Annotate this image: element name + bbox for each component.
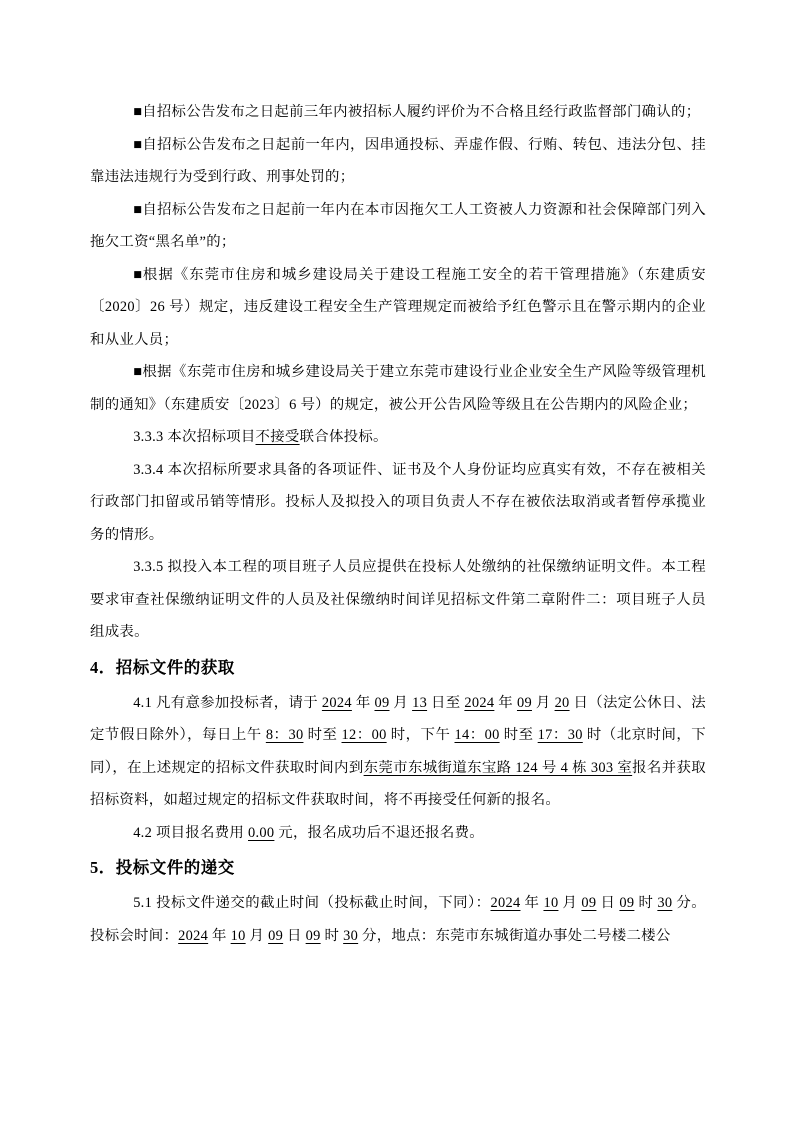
text-run: 日 [596, 895, 619, 911]
text-run: 3.3.3 本次招标项目 [133, 429, 255, 445]
text-run: 时，下午 [387, 727, 455, 743]
text-run: 4.2 项目报名费用 [133, 825, 248, 841]
paragraph: 3.3.5 拟投入本工程的项目班子人员应提供在投标人处缴纳的社保缴纳证明文件。本… [90, 551, 706, 649]
text-run: 5．投标文件的递交 [90, 858, 235, 877]
underlined-text: 不接受 [256, 429, 300, 445]
paragraph: ■自招标公告发布之日起前一年内在本市因拖欠工人工资被人力资源和社会保障部门列入拖… [90, 194, 706, 259]
text-run: 分，地点：东莞市东城街道办事处二号楼二楼公 [358, 928, 670, 944]
underlined-text: 2024 [322, 695, 352, 711]
text-run: 年 [520, 895, 543, 911]
text-run: 月 [389, 695, 412, 711]
underlined-text: 09 [619, 895, 634, 911]
paragraph: 3.3.3 本次招标项目不接受联合体投标。 [90, 421, 706, 454]
text-run: ■自招标公告发布之日起前三年内被招标人履约评价为不合格且经行政监督部门确认的； [133, 104, 700, 120]
underlined-text: 09 [306, 928, 321, 944]
document-body: ■自招标公告发布之日起前三年内被招标人履约评价为不合格且经行政监督部门确认的；■… [90, 96, 706, 952]
underlined-text: 2024 [178, 928, 208, 944]
underlined-text: 13 [412, 695, 427, 711]
text-run: ■自招标公告发布之日起前一年内在本市因拖欠工人工资被人力资源和社会保障部门列入拖… [90, 202, 706, 251]
text-run: ■根据《东莞市住房和城乡建设局关于建设工程施工安全的若干管理措施》（东建质安〔2… [90, 267, 706, 348]
text-run: 时至 [303, 727, 341, 743]
document-page: ■自招标公告发布之日起前三年内被招标人履约评价为不合格且经行政监督部门确认的；■… [0, 0, 794, 1123]
paragraph: ■自招标公告发布之日起前一年内，因串通投标、弄虚作假、行贿、转包、违法分包、挂靠… [90, 129, 706, 194]
text-run: 3.3.5 拟投入本工程的项目班子人员应提供在投标人处缴纳的社保缴纳证明文件。本… [90, 559, 706, 640]
paragraph: 4.2 项目报名费用 0.00 元，报名成功后不退还报名费。 [90, 817, 706, 850]
underlined-text: 09 [268, 928, 283, 944]
text-run: ■根据《东莞市住房和城乡建设局关于建立东莞市建设行业企业安全生产风险等级管理机制… [90, 364, 706, 413]
text-run: 月 [558, 895, 581, 911]
section-heading: 5．投标文件的递交 [90, 849, 706, 887]
text-run: 时至 [500, 727, 538, 743]
paragraph: ■自招标公告发布之日起前三年内被招标人履约评价为不合格且经行政监督部门确认的； [90, 96, 706, 129]
underlined-text: 0.00 [248, 825, 274, 841]
underlined-text: 2024 [491, 895, 521, 911]
text-run: 月 [532, 695, 555, 711]
text-run: 5.1 投标文件递交的截止时间（投标截止时间，下同）： [133, 895, 490, 911]
paragraph: 3.3.4 本次招标所要求具备的各项证件、证书及个人身份证均应真实有效，不存在被… [90, 454, 706, 552]
underlined-text: 09 [517, 695, 532, 711]
text-run: 3.3.4 本次招标所要求具备的各项证件、证书及个人身份证均应真实有效，不存在被… [90, 462, 706, 543]
underlined-text: 8：30 [266, 727, 304, 743]
underlined-text: 东莞市东城街道东宝路 124 号 4 栋 303 室 [364, 760, 633, 776]
section-heading: 4．招标文件的获取 [90, 649, 706, 687]
text-run: 时 [634, 895, 657, 911]
underlined-text: 17：30 [538, 727, 583, 743]
text-run: 联合体投标。 [300, 429, 388, 445]
underlined-text: 30 [343, 928, 358, 944]
underlined-text: 2024 [464, 695, 494, 711]
text-run: 日至 [427, 695, 464, 711]
text-run: 月 [246, 928, 269, 944]
text-run: 年 [352, 695, 375, 711]
underlined-text: 09 [374, 695, 389, 711]
paragraph: 4.1 凡有意参加投标者，请于 2024 年 09 月 13 日至 2024 年… [90, 687, 706, 817]
text-run: 时 [321, 928, 344, 944]
underlined-text: 12：00 [342, 727, 387, 743]
text-run: ■自招标公告发布之日起前一年内，因串通投标、弄虚作假、行贿、转包、违法分包、挂靠… [90, 137, 706, 186]
text-run: 4．招标文件的获取 [90, 658, 235, 677]
underlined-text: 10 [231, 928, 246, 944]
paragraph: 5.1 投标文件递交的截止时间（投标截止时间，下同）：2024 年 10 月 0… [90, 887, 706, 952]
text-run: 日 [283, 928, 306, 944]
text-run: 元，报名成功后不退还报名费。 [274, 825, 484, 841]
underlined-text: 09 [581, 895, 596, 911]
text-run: 年 [208, 928, 231, 944]
underlined-text: 10 [543, 895, 558, 911]
underlined-text: 30 [657, 895, 672, 911]
underlined-text: 20 [555, 695, 570, 711]
paragraph: ■根据《东莞市住房和城乡建设局关于建设工程施工安全的若干管理措施》（东建质安〔2… [90, 259, 706, 357]
underlined-text: 14：00 [455, 727, 500, 743]
paragraph: ■根据《东莞市住房和城乡建设局关于建立东莞市建设行业企业安全生产风险等级管理机制… [90, 356, 706, 421]
text-run: 4.1 凡有意参加投标者，请于 [133, 695, 322, 711]
text-run: 年 [494, 695, 517, 711]
